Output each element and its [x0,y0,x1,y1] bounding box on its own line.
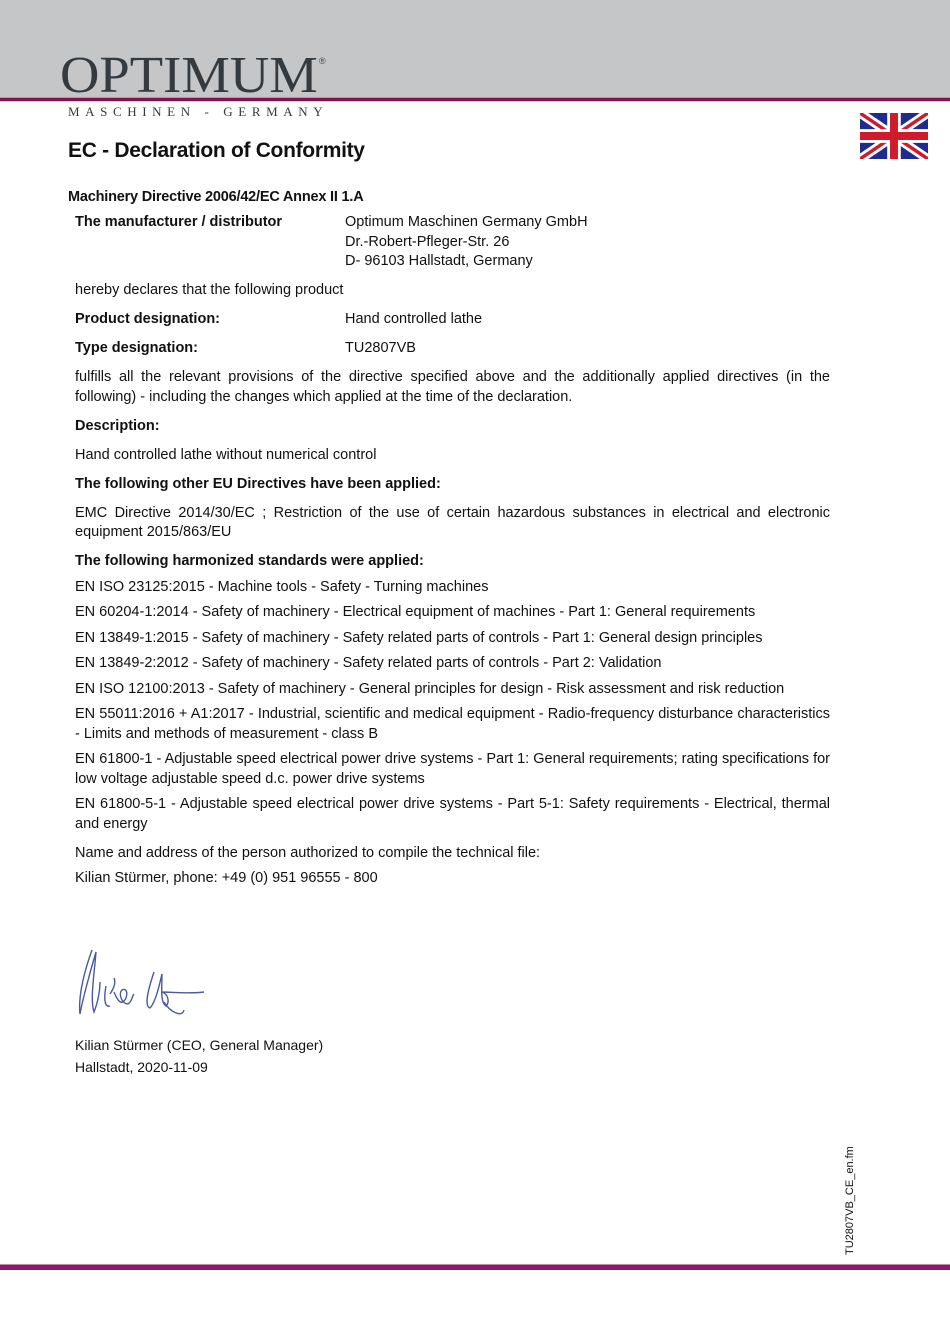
signer-name-title: Kilian Stürmer (CEO, General Manager) [75,1034,323,1056]
signer-place-date: Hallstadt, 2020-11-09 [75,1056,323,1078]
signature-icon [70,942,210,1027]
type-label: Type designation: [75,339,345,359]
standard-item: EN 60204-1:2014 - Safety of machinery - … [75,603,830,623]
manufacturer-line: D- 96103 Hallstadt, Germany [345,252,830,272]
standard-item: EN ISO 12100:2013 - Safety of machinery … [75,680,830,700]
fulfills-text: fulfills all the relevant provisions of … [75,368,830,407]
footer-file-name: TU2807VB_CE_en.fm [844,1146,856,1255]
standard-item: EN 13849-2:2012 - Safety of machinery - … [75,654,830,674]
manufacturer-line: Dr.-Robert-Pfleger-Str. 26 [345,233,830,253]
product-value: Hand controlled lathe [345,310,830,330]
manufacturer-line: Optimum Maschinen Germany GmbH [345,213,830,233]
other-directives-heading: The following other EU Directives have b… [75,475,830,495]
product-row: Product designation: Hand controlled lat… [75,310,830,330]
standards-heading: The following harmonized standards were … [75,552,830,572]
standard-item: EN 61800-1 - Adjustable speed electrical… [75,750,830,789]
standard-item: EN 55011:2016 + A1:2017 - Industrial, sc… [75,705,830,744]
standard-item: EN 13849-1:2015 - Safety of machinery - … [75,629,830,649]
machinery-directive: Machinery Directive 2006/42/EC Annex II … [68,189,364,205]
brand-logo: OPTIMUM [60,50,318,102]
brand-subtitle: MASCHINEN - GERMANY [68,104,328,120]
technical-file-contact: Kilian Stürmer, phone: +49 (0) 951 96555… [75,869,830,889]
standards-list: EN ISO 23125:2015 - Machine tools - Safe… [75,578,830,835]
declaration-body: The manufacturer / distributor Optimum M… [75,213,830,889]
declares-text: hereby declares that the following produ… [75,281,830,301]
manufacturer-row: The manufacturer / distributor Optimum M… [75,213,830,272]
registered-mark: ® [319,56,326,66]
type-value: TU2807VB [345,339,830,359]
type-row: Type designation: TU2807VB [75,339,830,359]
product-label: Product designation: [75,310,345,330]
other-directives-text: EMC Directive 2014/30/EC ; Restriction o… [75,504,830,543]
standard-item: EN 61800-5-1 - Adjustable speed electric… [75,795,830,834]
document-title: EC - Declaration of Conformity [68,139,365,163]
manufacturer-address: Optimum Maschinen Germany GmbH Dr.-Rober… [345,213,830,272]
uk-flag-icon [860,113,928,159]
description-heading: Description: [75,417,830,437]
manufacturer-label: The manufacturer / distributor [75,213,345,272]
technical-file-label: Name and address of the person authorize… [75,844,830,864]
footer-rule [0,1264,950,1270]
signer-block: Kilian Stürmer (CEO, General Manager) Ha… [75,1034,323,1078]
standard-item: EN ISO 23125:2015 - Machine tools - Safe… [75,578,830,598]
description-text: Hand controlled lathe without numerical … [75,446,830,466]
